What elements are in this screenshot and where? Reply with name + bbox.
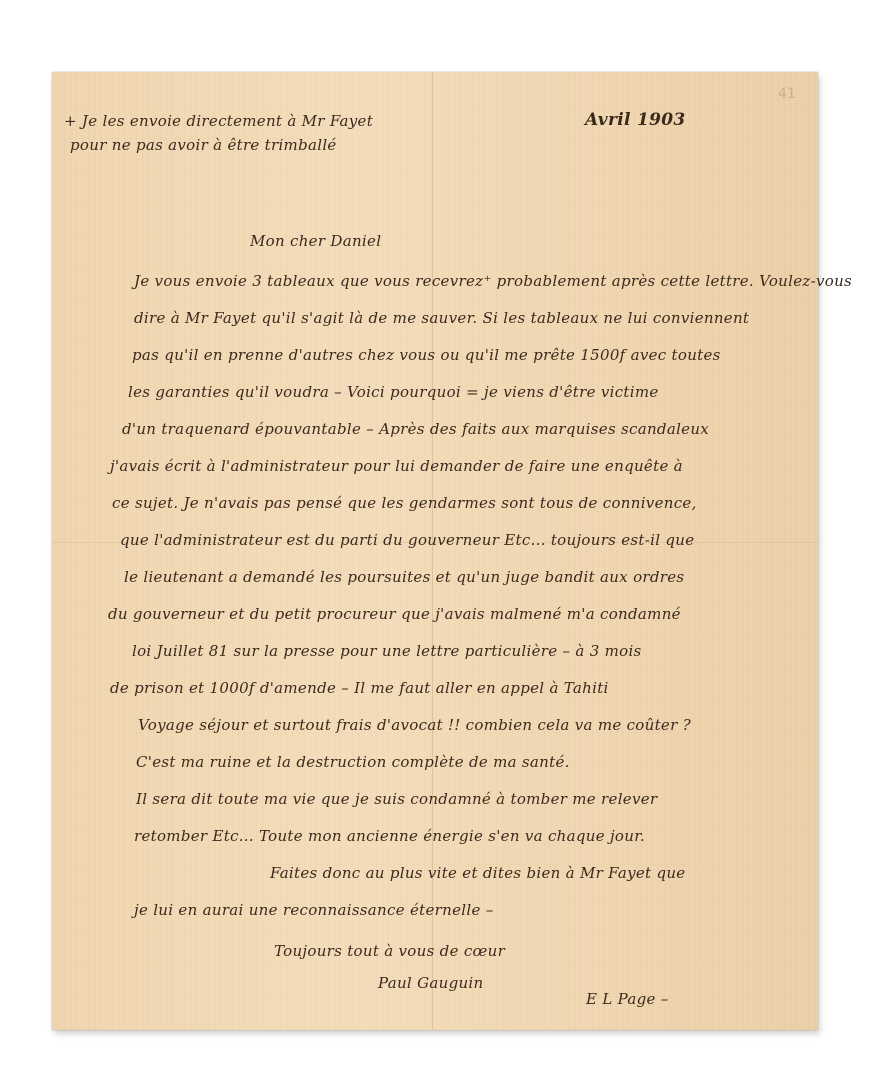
body-line: loi Juillet 81 sur la presse pour une le… bbox=[132, 642, 642, 660]
closing: Toujours tout à vous de cœur bbox=[274, 942, 505, 960]
body-line: que l'administrateur est du parti du gou… bbox=[120, 531, 694, 549]
body-line: pas qu'il en prenne d'autres chez vous o… bbox=[132, 346, 721, 364]
pencil-archive-mark: 41 bbox=[778, 86, 796, 102]
body-line: je lui en aurai une reconnaissance étern… bbox=[134, 901, 494, 919]
body-line: de prison et 1000f d'amende – Il me faut… bbox=[110, 679, 609, 697]
address-note: E L Page – bbox=[586, 990, 669, 1008]
body-line: C'est ma ruine et la destruction complèt… bbox=[136, 753, 570, 771]
letter-paper: 41 + Je les envoie directement à Mr Faye… bbox=[52, 72, 818, 1030]
postscript-line-2: pour ne pas avoir à être trimballé bbox=[70, 136, 337, 154]
body-line: retomber Etc... Toute mon ancienne énerg… bbox=[134, 827, 645, 845]
body-line: ce sujet. Je n'avais pas pensé que les g… bbox=[112, 494, 697, 512]
body-line: Je vous envoie 3 tableaux que vous recev… bbox=[134, 272, 852, 290]
postscript-line-1: + Je les envoie directement à Mr Fayet bbox=[64, 112, 373, 130]
body-line: dire à Mr Fayet qu'il s'agit là de me sa… bbox=[134, 309, 749, 327]
body-line: le lieutenant a demandé les poursuites e… bbox=[124, 568, 684, 586]
body-line: les garanties qu'il voudra – Voici pourq… bbox=[128, 383, 659, 401]
vertical-fold-line bbox=[432, 72, 433, 1030]
body-line: d'un traquenard épouvantable – Après des… bbox=[122, 420, 709, 438]
salutation: Mon cher Daniel bbox=[250, 232, 381, 250]
letter-date: Avril 1903 bbox=[585, 110, 685, 130]
body-line: Il sera dit toute ma vie que je suis con… bbox=[136, 790, 657, 808]
body-line: Faites donc au plus vite et dites bien à… bbox=[270, 864, 685, 882]
signature: Paul Gauguin bbox=[378, 974, 484, 992]
body-line: j'avais écrit à l'administrateur pour lu… bbox=[110, 457, 683, 475]
body-line: du gouverneur et du petit procureur que … bbox=[108, 605, 681, 623]
body-line: Voyage séjour et surtout frais d'avocat … bbox=[138, 716, 691, 734]
